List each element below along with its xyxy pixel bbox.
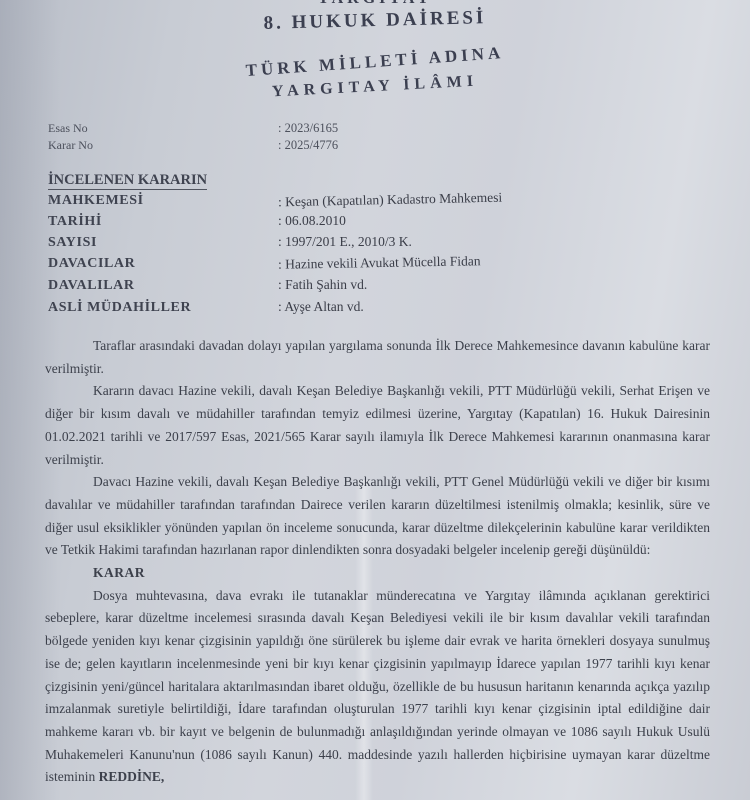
field-plaintiffs: DAVACILAR: Hazine vekili Avukat Mücella …: [48, 254, 481, 273]
field-value: : Hazine vekili Avukat Mücella Fidan: [278, 252, 481, 274]
field-label: DAVACILAR: [48, 255, 278, 273]
field-label: MAHKEMESİ: [48, 192, 278, 210]
esas-no-row: Esas No: 2023/6165: [48, 121, 338, 136]
paragraph-proceedings: Taraflar arasındaki davadan dolayı yapıl…: [45, 335, 710, 380]
field-defendants: DAVALILAR: Fatih Şahin vd.: [48, 276, 367, 295]
decision-heading: KARAR: [45, 562, 710, 585]
field-value: : Keşan (Kapatılan) Kadastro Mahkemesi: [278, 189, 503, 212]
field-label: ASLİ MÜDAHİLLER: [48, 299, 278, 317]
field-value: : Fatih Şahin vd.: [278, 276, 367, 294]
field-value: : Ayşe Altan vd.: [278, 298, 364, 316]
karar-no-value: : 2025/4776: [278, 138, 338, 153]
karar-no-row: Karar No: 2025/4776: [48, 138, 338, 153]
field-number: SAYISI: 1997/201 E., 2010/3 K.: [48, 233, 412, 252]
esas-no-value: : 2023/6165: [278, 121, 338, 136]
field-date: TARİHİ: 06.08.2010: [48, 212, 346, 231]
field-court: MAHKEMESİ: Keşan (Kapatılan) Kadastro Ma…: [48, 191, 502, 210]
document-body: Taraflar arasındaki davadan dolayı yapıl…: [45, 335, 710, 789]
field-label: SAYISI: [48, 234, 278, 252]
field-label: TARİHİ: [48, 213, 278, 231]
field-value: : 1997/201 E., 2010/3 K.: [278, 233, 412, 251]
field-interveners: ASLİ MÜDAHİLLER: Ayşe Altan vd.: [48, 298, 364, 317]
decision-text: Dosya muhtevasına, dava evrakı ile tutan…: [45, 588, 710, 785]
field-value: : 06.08.2010: [278, 212, 346, 230]
paragraph-appeal: Kararın davacı Hazine vekili, davalı Keş…: [45, 380, 710, 471]
karar-no-label: Karar No: [48, 138, 278, 153]
paragraph-decision: Dosya muhtevasına, dava evrakı ile tutan…: [45, 585, 710, 789]
reviewed-decision-title: İNCELENEN KARARIN: [48, 172, 207, 190]
decision-result: REDDİNE,: [99, 769, 165, 784]
paragraph-correction-request: Davacı Hazine vekili, davalı Keşan Beled…: [45, 471, 710, 562]
esas-no-label: Esas No: [48, 121, 278, 136]
field-label: DAVALILAR: [48, 277, 278, 295]
